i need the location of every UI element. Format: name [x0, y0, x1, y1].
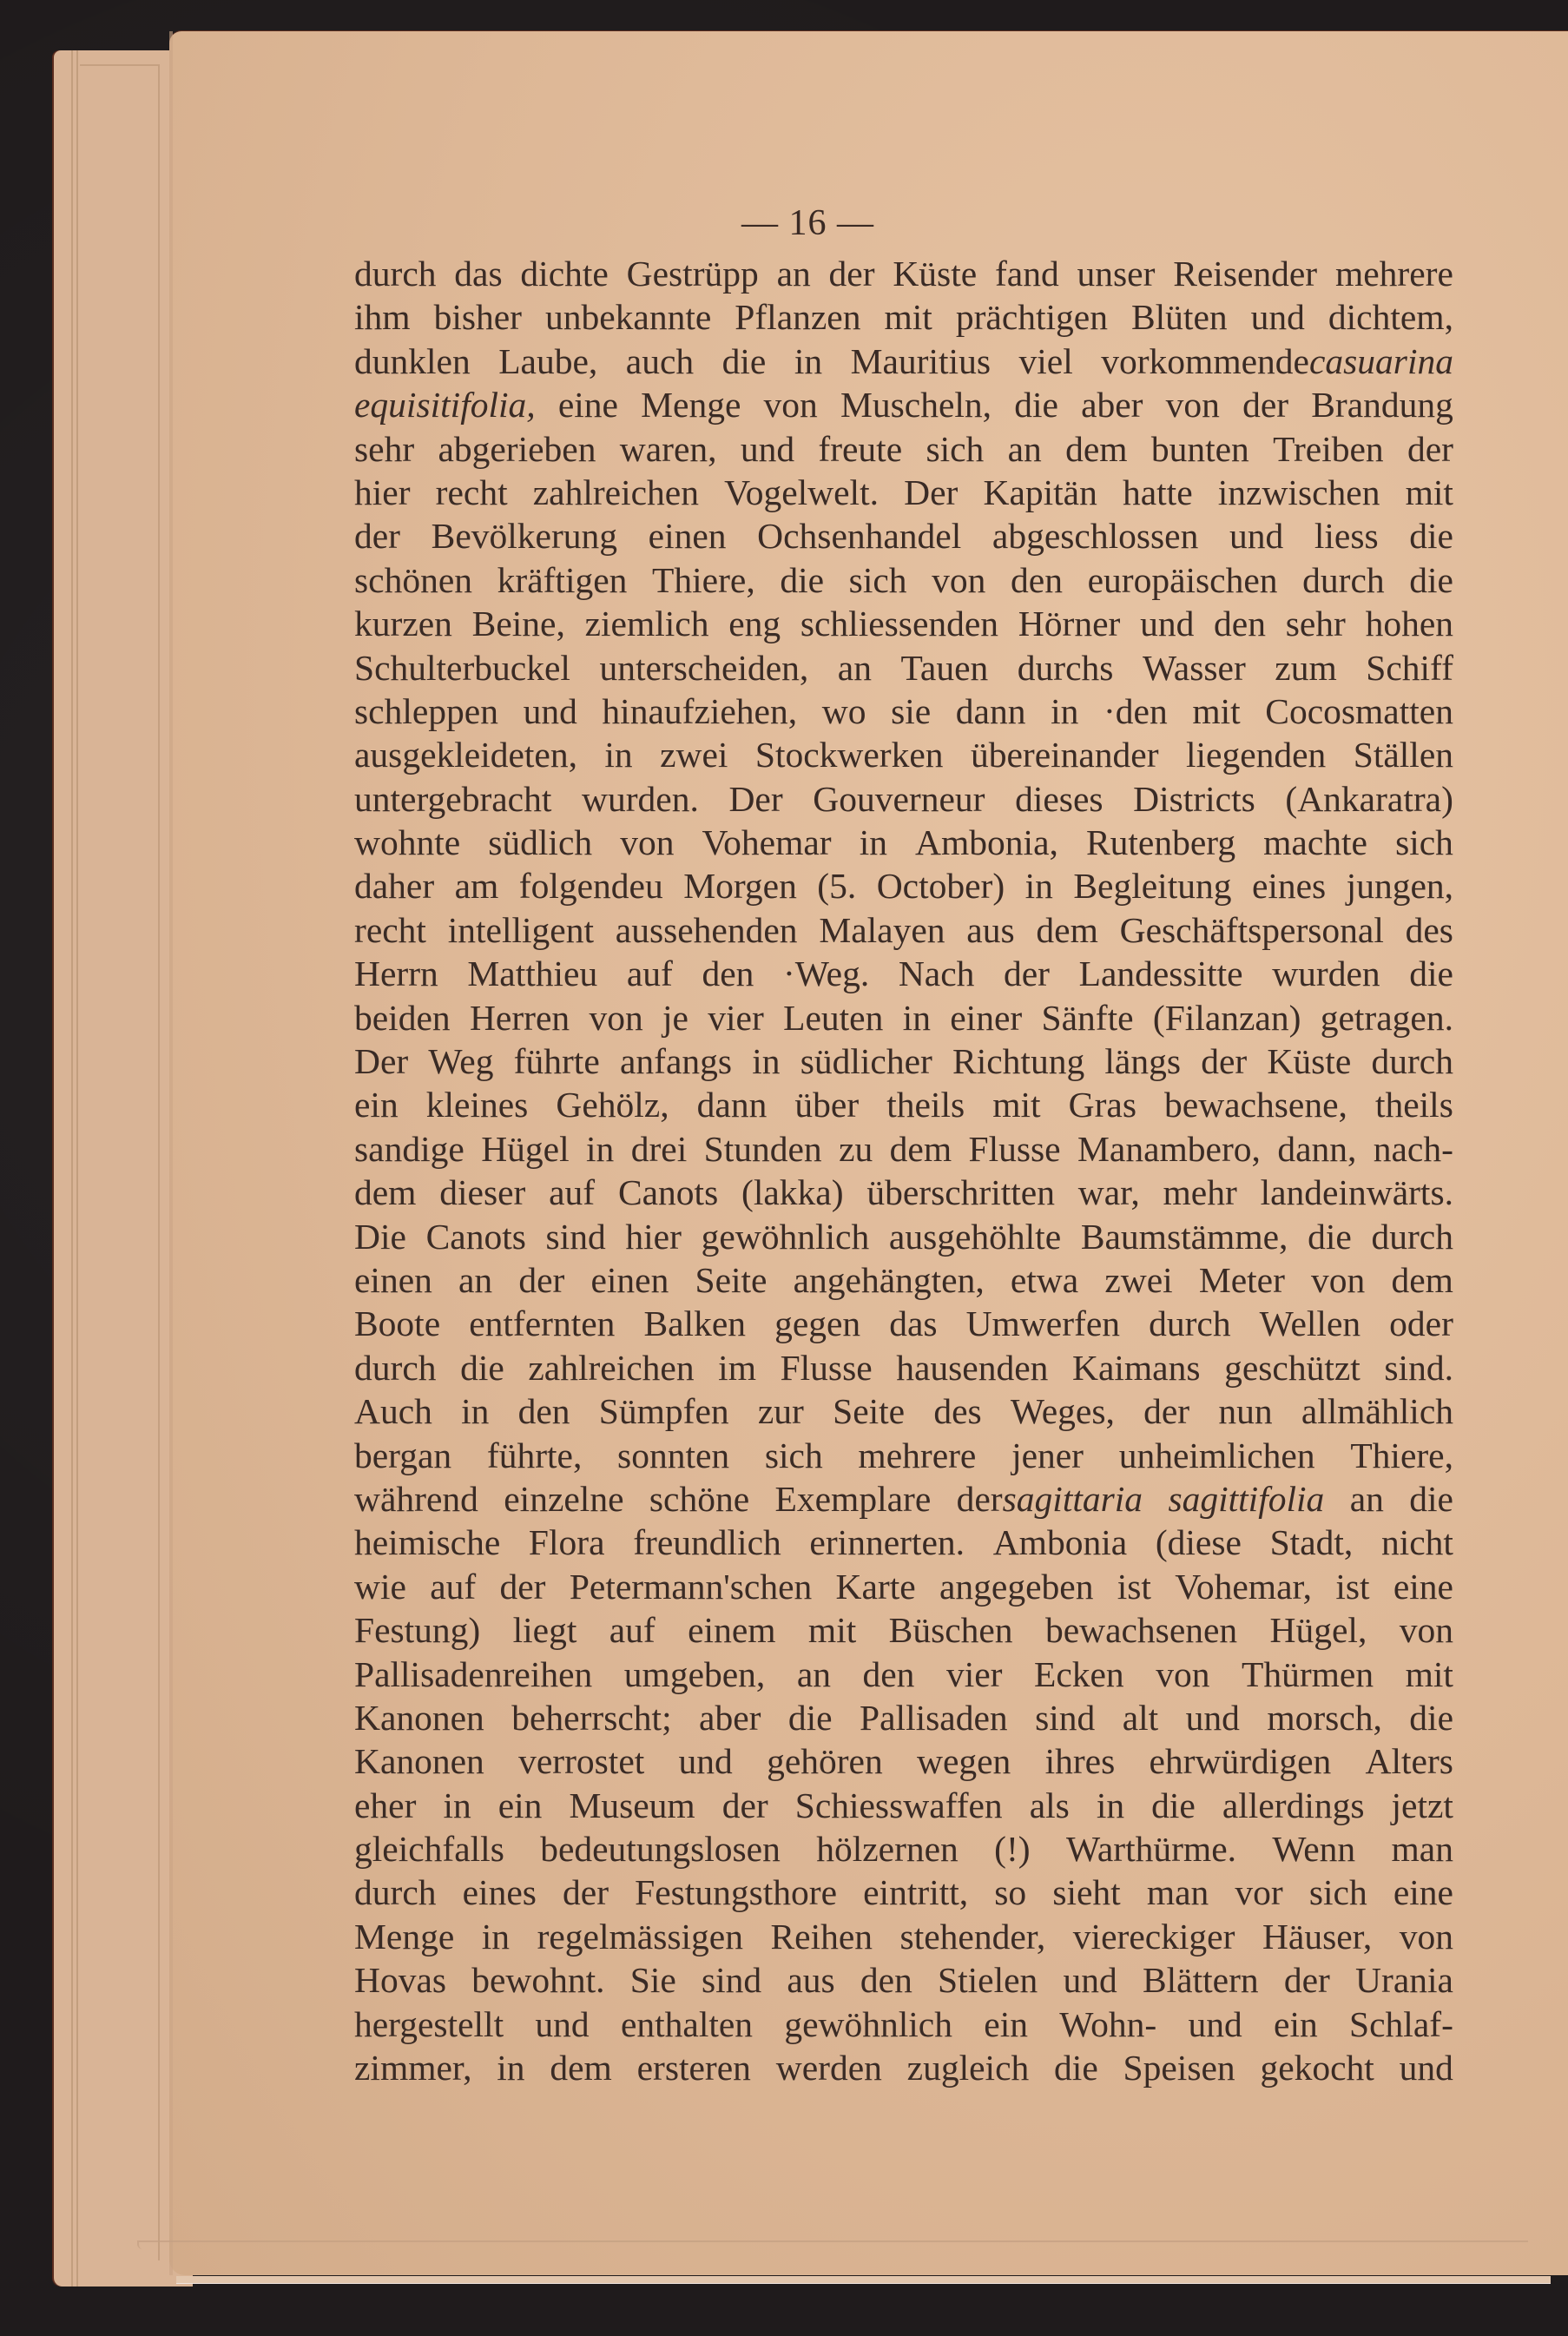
word: Brandung	[1311, 383, 1453, 426]
word: Gehölz,	[556, 1083, 669, 1126]
word: in	[752, 1039, 780, 1083]
word: liegenden	[1186, 733, 1326, 776]
word: Küste	[893, 252, 977, 295]
word: jetzt	[1392, 1784, 1453, 1827]
word: durch	[354, 1871, 437, 1914]
word: in	[586, 1127, 614, 1171]
word: erinnerten.	[809, 1521, 965, 1564]
word: Mauritius	[851, 340, 991, 383]
word: (Ankaratra)	[1285, 777, 1453, 821]
word: bisher	[434, 295, 522, 339]
text-line: rechtintelligentaussehendenMalayenausdem…	[354, 908, 1453, 952]
word: sind	[546, 1215, 606, 1258]
word: auf	[430, 1565, 476, 1608]
word: beiden	[354, 996, 451, 1039]
word: der	[500, 1565, 546, 1608]
word: Museum	[569, 1784, 695, 1827]
word: schöne	[649, 1477, 749, 1521]
word: gewöhnlich	[702, 1215, 870, 1258]
word: dann	[956, 690, 1026, 733]
word: October)	[877, 864, 1005, 907]
word: aus	[787, 1958, 834, 2002]
word: Blättern	[1143, 1958, 1259, 2002]
word: jungen,	[1347, 864, 1453, 907]
word: eine	[558, 383, 618, 426]
word: den	[1214, 602, 1266, 645]
word: die	[722, 340, 767, 383]
word: gekocht	[1260, 2046, 1374, 2089]
word: Wellen	[1260, 1302, 1361, 1345]
word: (!)	[994, 1827, 1030, 1871]
word: Gras	[1069, 1083, 1136, 1126]
word: intelligent	[448, 908, 594, 952]
word: oder	[1389, 1302, 1453, 1345]
word: von	[1311, 1258, 1365, 1302]
text-line: hergestelltundenthaltengewöhnlicheinWohn…	[354, 2003, 1453, 2046]
text-line: Kanonenverrostetundgehörenwegenihresehrw…	[354, 1739, 1453, 1783]
word: aber	[699, 1696, 761, 1739]
word: viel	[1019, 340, 1073, 383]
word: Wohn-	[1059, 2003, 1156, 2046]
word: einzelne	[504, 1477, 623, 1521]
word: Der	[728, 777, 782, 821]
word: stehender,	[900, 1915, 1046, 1958]
text-line: derBevölkerungeinenOchsenhandelabgeschlo…	[354, 514, 1453, 558]
word: daher	[354, 864, 434, 907]
word: aussehenden	[616, 908, 798, 952]
word: Leuten	[783, 996, 883, 1039]
word: Matthieu	[467, 952, 597, 995]
word: von	[620, 821, 674, 864]
text-line: beidenHerrenvonjevierLeutenineinerSänfte…	[354, 996, 1453, 1039]
word: Pallisaden	[860, 1696, 1008, 1739]
word: Küste	[1267, 1039, 1351, 1083]
word: anfangs	[620, 1039, 732, 1083]
word: vorkommendecasuarina	[1101, 340, 1453, 383]
word: man	[1392, 1827, 1453, 1871]
word: Landessitte	[1079, 952, 1243, 995]
word: Reihen	[770, 1915, 873, 1958]
word: ausgehöhlte	[889, 1215, 1061, 1258]
word: sind	[702, 1958, 761, 2002]
word: sehr	[354, 427, 414, 471]
word: Schulterbuckel	[354, 646, 570, 690]
word: sich	[849, 558, 907, 602]
word: sandige	[354, 1127, 464, 1171]
word: Herren	[470, 996, 570, 1039]
word: gleichfalls	[354, 1827, 504, 1871]
word: zwei	[660, 733, 728, 776]
word: südlich	[488, 821, 592, 864]
word: sich	[926, 427, 984, 471]
word: die	[1308, 1215, 1352, 1258]
word: auch	[626, 340, 694, 383]
word: Schiff	[1366, 646, 1453, 690]
word: freute	[818, 427, 902, 471]
word: nach-	[1374, 1127, 1453, 1171]
word: ihres	[1045, 1739, 1116, 1783]
word: Pallisadenreihen	[354, 1653, 592, 1696]
text-line: durcheinesderFestungsthoreeintritt,sosie…	[354, 1871, 1453, 1914]
word: Herrn	[354, 952, 438, 995]
word: Ochsenhandel	[757, 514, 961, 558]
word: abgeschlossen	[992, 514, 1198, 558]
text-line: sehrabgeriebenwaren,undfreutesichandembu…	[354, 427, 1453, 471]
word: Schiesswaffen	[795, 1784, 1003, 1827]
word: und	[535, 2003, 589, 2046]
word: dunklen	[354, 340, 471, 383]
word: theils	[1375, 1083, 1453, 1126]
word: angegeben	[939, 1565, 1093, 1608]
text-line: kurzenBeine,ziemlichengschliessendenHörn…	[354, 602, 1453, 645]
word: am	[455, 864, 499, 907]
word: bewachsene,	[1164, 1083, 1347, 1126]
text-line: einkleinesGehölz,dannübertheilsmitGrasbe…	[354, 1083, 1453, 1126]
text-line: berganführte,sonntensichmehrerejenerunhe…	[354, 1434, 1453, 1477]
word: Ambonia,	[915, 821, 1058, 864]
word: Boote	[354, 1302, 440, 1345]
word: (5.	[817, 864, 856, 907]
word: Laube,	[498, 340, 597, 383]
word: mit	[1406, 1653, 1453, 1696]
word: von	[764, 383, 818, 426]
word: hölzernen	[816, 1827, 959, 1871]
word: heimische	[354, 1521, 500, 1564]
text-line: hierrechtzahlreichenVogelwelt.DerKapitän…	[354, 471, 1453, 514]
word: Cocosmatten	[1265, 690, 1453, 733]
word: ehrwürdigen	[1150, 1739, 1332, 1783]
word: dersagittaria	[957, 1477, 1143, 1521]
word: sie	[891, 690, 931, 733]
word: Häuser,	[1262, 1915, 1372, 1958]
text-line: zimmer,indemersterenwerdenzugleichdieSpe…	[354, 2046, 1453, 2089]
word: Ställen	[1354, 733, 1453, 776]
word: in	[794, 340, 822, 383]
text-line: MengeinregelmässigenReihenstehender,vier…	[354, 1915, 1453, 1958]
word: einer	[950, 996, 1022, 1039]
word: Vogelwelt.	[724, 471, 879, 514]
body-text: durchdasdichteGestrüppanderKüstefandunse…	[354, 252, 1453, 2089]
word: etwa	[1011, 1258, 1078, 1302]
word: überschritten	[866, 1171, 1055, 1214]
word: Vohemar,	[1175, 1565, 1312, 1608]
word: bewohnt.	[471, 1958, 604, 2002]
word: recht	[354, 908, 426, 952]
text-line: untergebrachtwurden.DerGouverneurdiesesD…	[354, 777, 1453, 821]
word: enthalten	[621, 2003, 753, 2046]
word: ein	[1274, 2003, 1318, 2046]
word: ein	[498, 1784, 543, 1827]
word: durchs	[1018, 646, 1114, 690]
word: in	[461, 1389, 489, 1433]
word: in	[604, 733, 632, 776]
word: Stielen	[938, 1958, 1038, 2002]
word: zu	[839, 1127, 873, 1171]
word: die	[460, 1346, 504, 1389]
word: allerdings	[1222, 1784, 1365, 1827]
word: unser	[1077, 252, 1156, 295]
word: ein	[984, 2003, 1028, 2046]
word: unterscheiden,	[599, 646, 808, 690]
word: sehr	[1286, 602, 1346, 645]
text-line: Hovasbewohnt.SiesindausdenStielenundBlät…	[354, 1958, 1453, 2002]
word: Begleitung	[1073, 864, 1231, 907]
word: von	[1400, 1608, 1453, 1652]
word: und	[1229, 514, 1283, 558]
page-bottom-frame	[137, 2240, 1528, 2249]
text-line: Kanonenbeherrscht;aberdiePallisadensinda…	[354, 1696, 1453, 1739]
word: zimmer,	[354, 2046, 471, 2089]
word: eintritt,	[863, 1871, 968, 1914]
word: (diese	[1156, 1521, 1242, 1564]
word: der	[1143, 1389, 1189, 1433]
word: bergan	[354, 1434, 451, 1477]
word: hier	[354, 471, 411, 514]
word: von	[1166, 383, 1220, 426]
word: Schlaf-	[1349, 2003, 1453, 2046]
word: mit	[1406, 471, 1453, 514]
word: europäischen	[1088, 558, 1278, 602]
word: Thürmen	[1242, 1653, 1374, 1696]
word: hausenden	[896, 1346, 1048, 1389]
word: Exemplare	[775, 1477, 932, 1521]
word: Baumstämme,	[1081, 1215, 1288, 1258]
word: alt	[1123, 1696, 1158, 1739]
word: durch	[1371, 1215, 1453, 1258]
word: sind.	[1384, 1346, 1453, 1389]
word: in	[1051, 690, 1078, 733]
word: in	[443, 1784, 471, 1827]
word: Geschäftspersonal	[1120, 908, 1384, 952]
word: equisitifolia,	[354, 383, 536, 426]
word: Kaimans	[1072, 1346, 1201, 1389]
word: regelmässigen	[537, 1915, 743, 1958]
text-line: schleppenundhinaufziehen,wosiedannin·den…	[354, 690, 1453, 733]
word: Sänfte	[1042, 996, 1134, 1039]
word: Hovas	[354, 1958, 446, 2002]
word: durch	[1371, 1039, 1453, 1083]
word: ist	[1335, 1565, 1369, 1608]
word: in	[860, 821, 887, 864]
word: aber	[1081, 383, 1143, 426]
word: kräftigen	[497, 558, 628, 602]
page-edge-line	[76, 50, 78, 2287]
word: Wasser	[1143, 646, 1246, 690]
word: schönen	[354, 558, 472, 602]
word: Stockwerken	[755, 733, 944, 776]
word: mehrere	[1335, 252, 1453, 295]
word: übereinander	[971, 733, 1159, 776]
word: den	[863, 1653, 915, 1696]
text-line: Festung)liegtaufeinemmitBüschenbewachsen…	[354, 1608, 1453, 1652]
word: Richtung	[952, 1039, 1084, 1083]
text-line: AuchindenSümpfenzurSeitedesWeges,dernuna…	[354, 1389, 1453, 1433]
word: durch	[354, 252, 437, 295]
word: dichte	[520, 252, 608, 295]
word: dem	[354, 1171, 416, 1214]
word: morsch,	[1267, 1696, 1382, 1739]
word: Seite	[833, 1389, 905, 1433]
word: mit	[808, 1608, 856, 1652]
word: allmählich	[1301, 1389, 1453, 1433]
word: und	[741, 427, 794, 471]
word: kurzen	[354, 602, 452, 645]
word: längs	[1104, 1039, 1181, 1083]
word: mit	[1192, 690, 1240, 733]
word: einen	[649, 514, 727, 558]
word: Hügel,	[1270, 1608, 1367, 1652]
word: in	[903, 996, 931, 1039]
word: war,	[1078, 1171, 1140, 1214]
word: durch	[1149, 1302, 1231, 1345]
word: Die	[354, 1215, 406, 1258]
word: gehören	[767, 1739, 883, 1783]
word: durch	[1302, 558, 1385, 602]
word: während	[354, 1477, 478, 1521]
word: Stunden	[704, 1127, 822, 1171]
word: Menge	[354, 1915, 454, 1958]
word: Ecken	[1034, 1653, 1124, 1696]
word: Umwerfen	[966, 1302, 1120, 1345]
word: von	[1156, 1653, 1209, 1696]
word: Gestrüpp	[627, 252, 759, 295]
word: Urania	[1355, 1958, 1453, 2002]
word: ist	[1117, 1565, 1151, 1608]
word: Rutenberg	[1086, 821, 1235, 864]
word: (lakka)	[741, 1171, 844, 1214]
word: wegen	[917, 1739, 1011, 1783]
word: den	[702, 952, 754, 995]
word: Sie	[630, 1958, 676, 2002]
word: den	[1011, 558, 1063, 602]
word: ausgekleideten,	[354, 733, 577, 776]
word: schliessenden	[800, 602, 998, 645]
word: von	[589, 996, 642, 1039]
text-line: gleichfallsbedeutungslosenhölzernen(!)Wa…	[354, 1827, 1453, 1871]
word: die	[1054, 2046, 1098, 2089]
word: mehrere	[858, 1434, 976, 1477]
word: vor	[1235, 1871, 1282, 1914]
word: wurden	[1272, 952, 1380, 995]
word: nun	[1218, 1389, 1272, 1433]
word: sieht	[1052, 1871, 1120, 1914]
word: dem	[1065, 427, 1127, 471]
text-line: durchdiezahlreichenimFlussehausendenKaim…	[354, 1346, 1453, 1389]
word: sonnten	[617, 1434, 729, 1477]
word: zum	[1275, 646, 1336, 690]
word: Reisender	[1173, 252, 1317, 295]
word: hinaufziehen,	[602, 690, 797, 733]
word: Malayen	[819, 908, 945, 952]
text-line: wohntesüdlichvonVohemarinAmbonia,Rutenbe…	[354, 821, 1453, 864]
page-number: — 16 —	[169, 202, 1568, 244]
word: mit	[884, 295, 932, 339]
word: und	[1186, 1696, 1240, 1739]
word: ·Weg.	[783, 952, 869, 995]
word: Stadt,	[1270, 1521, 1354, 1564]
page-gutter	[169, 31, 173, 2275]
word: Balken	[643, 1302, 746, 1345]
word: schleppen	[354, 690, 498, 733]
word: hohen	[1366, 602, 1453, 645]
word: zahlreichen	[533, 471, 699, 514]
word: Beine,	[472, 602, 565, 645]
word: die	[1409, 952, 1453, 995]
word: Weg	[428, 1039, 493, 1083]
word: Canots	[426, 1215, 526, 1258]
word: dem	[1036, 908, 1097, 952]
word: an	[1008, 427, 1042, 471]
word: Morgen	[683, 864, 797, 907]
word: ihm	[354, 295, 411, 339]
word: abgerieben	[438, 427, 596, 471]
word: der	[354, 514, 400, 558]
word: Thiere,	[652, 558, 755, 602]
word: die	[1409, 558, 1453, 602]
word: Flusse	[969, 1127, 1061, 1171]
word: Weges,	[1011, 1389, 1115, 1433]
word: die	[788, 1696, 833, 1739]
word: Der	[354, 1039, 408, 1083]
word: verrostet	[518, 1739, 644, 1783]
word: Seite	[695, 1258, 767, 1302]
text-line: equisitifolia,eineMengevonMuscheln,dieab…	[354, 383, 1453, 426]
word: sich	[1309, 1871, 1367, 1914]
word: an	[458, 1258, 492, 1302]
word: Bevölkerung	[432, 514, 617, 558]
text-line: schönenkräftigenThiere,diesichvondeneuro…	[354, 558, 1453, 602]
word: getragen.	[1321, 996, 1453, 1039]
word: des	[933, 1389, 981, 1433]
word: viereckiger	[1073, 1915, 1235, 1958]
word: wo	[822, 690, 866, 733]
word: von	[932, 558, 985, 602]
word: Districts	[1133, 777, 1255, 821]
word: Flusse	[781, 1346, 873, 1389]
word: der	[1201, 1039, 1247, 1083]
word: durch	[354, 1346, 437, 1389]
word: Wenn	[1272, 1827, 1355, 1871]
word: eines	[463, 1871, 537, 1914]
word: prächtigen	[956, 295, 1108, 339]
word: so	[994, 1871, 1026, 1914]
word: je	[662, 996, 688, 1039]
word: dieses	[1015, 777, 1103, 821]
word: Treiben	[1273, 427, 1384, 471]
word: werden	[776, 2046, 882, 2089]
word: bewachsenen	[1045, 1608, 1237, 1652]
word: eine	[1393, 1565, 1453, 1608]
word: die	[780, 558, 824, 602]
word: jener	[1011, 1434, 1084, 1477]
word: Warthürme.	[1066, 1827, 1236, 1871]
word: liess	[1314, 514, 1379, 558]
word: unbekannte	[545, 295, 711, 339]
word: Kanonen	[354, 1739, 484, 1783]
word: folgendeu	[519, 864, 663, 907]
word: hergestellt	[354, 2003, 504, 2046]
word: landeinwärts.	[1261, 1171, 1453, 1214]
text-line: Pallisadenreihenumgeben,andenvierEckenvo…	[354, 1653, 1453, 1696]
word: der	[1242, 383, 1288, 426]
word: an	[838, 646, 872, 690]
word: Festungsthore	[635, 1871, 837, 1914]
word: Nach	[899, 952, 975, 995]
word: der	[1004, 952, 1050, 995]
word: mehr	[1163, 1171, 1237, 1214]
word: führte,	[487, 1434, 582, 1477]
word: der	[1407, 427, 1453, 471]
